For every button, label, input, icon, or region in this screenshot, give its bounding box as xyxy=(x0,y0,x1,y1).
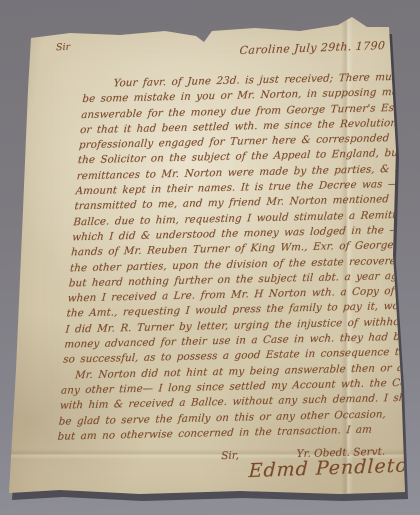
letter-body: Your favr. of June 23d. is just received… xyxy=(57,68,420,444)
docket-sir: Sir xyxy=(56,42,70,53)
closing-salutation: Sir, xyxy=(221,450,239,462)
letter-paper: Sir Caroline July 29th. 1790 Your favr. … xyxy=(0,0,420,515)
letter-photograph: Sir Caroline July 29th. 1790 Your favr. … xyxy=(0,0,420,515)
